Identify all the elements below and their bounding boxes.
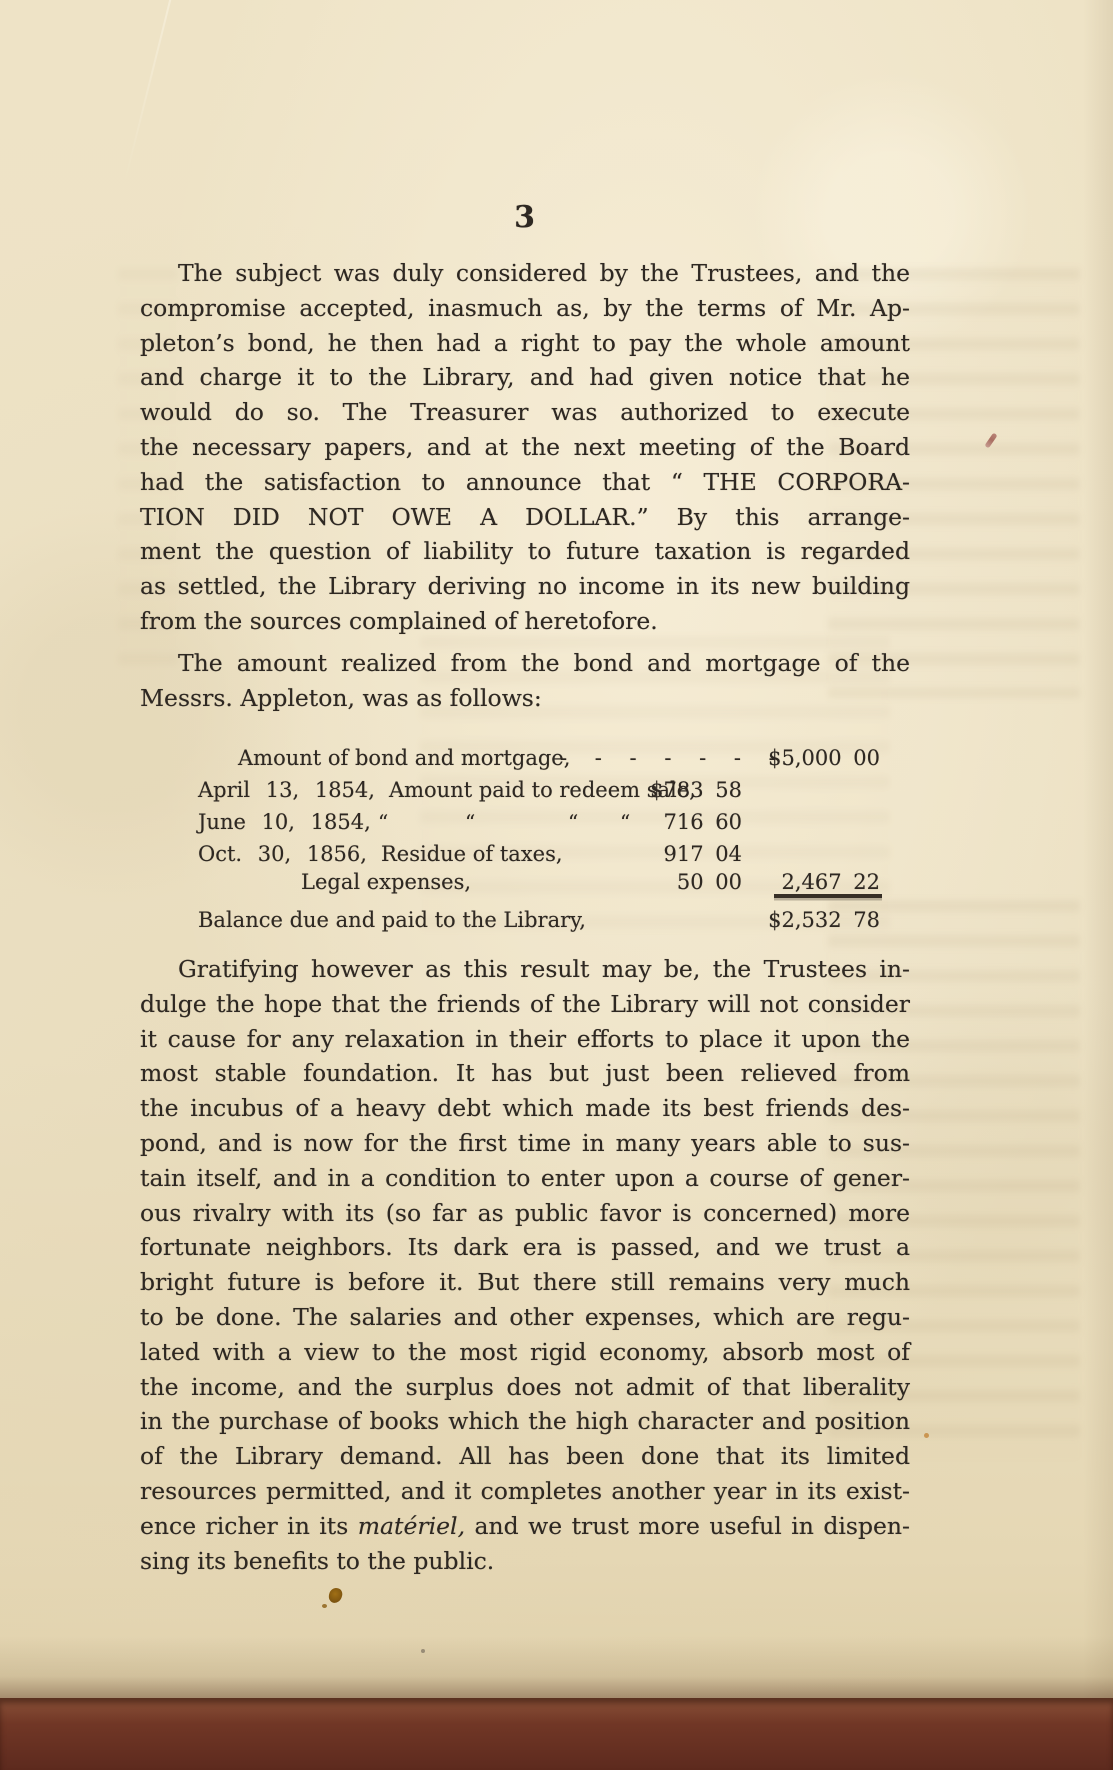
book-edge — [0, 1698, 1113, 1770]
row-label: Amount of bond and mortgage, — [238, 744, 570, 772]
paper-speck — [924, 1433, 929, 1438]
text-line: ous rivalry with its (so far as public f… — [140, 1196, 910, 1231]
scanned-page: 3 The subject was duly considered by the… — [0, 0, 1113, 1770]
text-line: resources permitted, and it completes an… — [140, 1474, 910, 1509]
text-line: ment the question of liability to future… — [140, 534, 910, 569]
text-line: to be done. The salaries and other expen… — [140, 1300, 910, 1335]
financial-table: Amount of bond and mortgage, - - - - - -… — [140, 744, 888, 940]
text-line: of the Library demand. All has been done… — [140, 1439, 910, 1474]
row-label: Residue of taxes, — [381, 842, 563, 866]
table-row: June 10, 1854, “ “ “ “ 716 60 — [140, 808, 888, 838]
text-line: it cause for any relaxation in their eff… — [140, 1022, 910, 1057]
row-date: April 13, 1854, — [198, 778, 375, 802]
row-date: Oct. 30, 1856, — [198, 842, 367, 866]
table-row: April 13, 1854,Amount paid to redeem sal… — [140, 776, 888, 806]
row-total: $2,532 78 — [768, 906, 880, 934]
text-line: tain itself, and in a condition to enter… — [140, 1161, 910, 1196]
text-line: dulge the hope that the friends of the L… — [140, 987, 910, 1022]
page-edge-shade — [1083, 0, 1113, 1770]
text-line: compromise accepted, inasmuch as, by the… — [140, 291, 910, 326]
text-line: Gratifying however as this result may be… — [140, 952, 910, 987]
row-date: June 10, 1854, — [198, 810, 371, 834]
text-line: TION DID NOT OWE A DOLLAR.” By this arra… — [140, 500, 910, 535]
text-line: would do so. The Treasurer was authorize… — [140, 395, 910, 430]
paper-crease — [123, 0, 176, 187]
row-amount: 716 60 — [664, 808, 742, 836]
row-amount: $783 58 — [650, 776, 742, 804]
text-line: bright future is before it. But there st… — [140, 1265, 910, 1300]
text-line: as settled, the Library deriving no inco… — [140, 569, 910, 604]
ditto-mark: “ — [465, 808, 475, 836]
row-amount: 50 00 — [677, 868, 742, 896]
text-line: from the sources complained of heretofor… — [140, 604, 910, 639]
text-line: sing its benefits to the public. — [140, 1544, 910, 1579]
ditto-mark: “ — [568, 808, 578, 836]
text-line: lated with a view to the most rigid econ… — [140, 1335, 910, 1370]
text-line: The subject was duly considered by the T… — [140, 256, 910, 291]
text-line: most stable foundation. It has but just … — [140, 1056, 910, 1091]
text-line: had the satisfaction to announce that “ … — [140, 465, 910, 500]
text-line: pleton’s bond, he then had a right to pa… — [140, 326, 910, 361]
total-rule — [774, 894, 882, 898]
text-line: ence richer in its matériel, and we trus… — [140, 1509, 910, 1544]
text-line: fortunate neighbors. Its dark era is pas… — [140, 1230, 910, 1265]
row-label: Legal expenses, — [301, 868, 471, 896]
paragraph-1: The subject was duly considered by the T… — [140, 256, 910, 639]
text-line: and charge it to the Library, and had gi… — [140, 360, 910, 395]
page-number: 3 — [140, 200, 910, 235]
text-line: pond, and is now for the first time in m… — [140, 1126, 910, 1161]
row-total: $5,000 00 — [768, 744, 880, 772]
table-row: Balance due and paid to the Library, $2,… — [140, 906, 888, 936]
ink-stain — [322, 1604, 327, 1608]
paragraph-3: Gratifying however as this result may be… — [140, 952, 910, 1578]
ditto-mark: “ — [620, 808, 630, 836]
paragraph-2: The amount realized from the bond and mo… — [140, 646, 910, 716]
text-line: Messrs. Appleton, was as follows: — [140, 681, 910, 716]
text-line: The amount realized from the bond and mo… — [140, 646, 910, 681]
text-line: the incubus of a heavy debt which made i… — [140, 1091, 910, 1126]
table-row: Amount of bond and mortgage, - - - - - -… — [140, 744, 888, 774]
row-label: Balance due and paid to the Library, — [198, 906, 586, 934]
text-line: the income, and the surplus does not adm… — [140, 1370, 910, 1405]
row-total: 2,467 22 — [781, 868, 880, 896]
row-amount: 917 04 — [664, 840, 742, 868]
page-bottom-shadow — [0, 1636, 1113, 1698]
red-pen-mark — [984, 433, 997, 449]
dash-leader: - - - - - - - — [560, 744, 777, 772]
ditto-mark: “ — [378, 808, 388, 836]
text-line: in the purchase of books which the high … — [140, 1404, 910, 1439]
table-row: Oct. 30, 1856,Residue of taxes, 917 04 — [140, 840, 888, 870]
ink-stain — [328, 1587, 344, 1604]
text-line: the necessary papers, and at the next me… — [140, 430, 910, 465]
